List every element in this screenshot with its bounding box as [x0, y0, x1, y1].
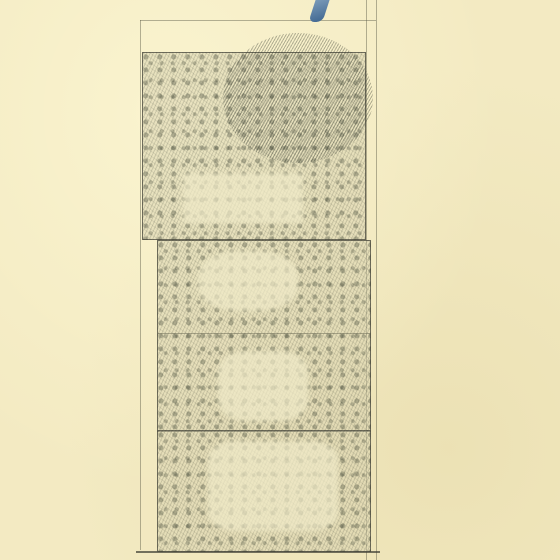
- guide-line-right: [376, 0, 377, 560]
- highlight-area: [183, 173, 303, 223]
- guide-line-top: [140, 20, 376, 21]
- lower-block: [157, 430, 371, 552]
- top-block: [142, 52, 366, 240]
- middle-block: [157, 240, 371, 432]
- highlight-area: [198, 251, 298, 311]
- highlight-area: [218, 351, 308, 421]
- block-divider: [158, 333, 370, 334]
- guide-line-left: [140, 20, 141, 550]
- highlight-area: [208, 441, 338, 531]
- shaded-arc: [223, 33, 373, 163]
